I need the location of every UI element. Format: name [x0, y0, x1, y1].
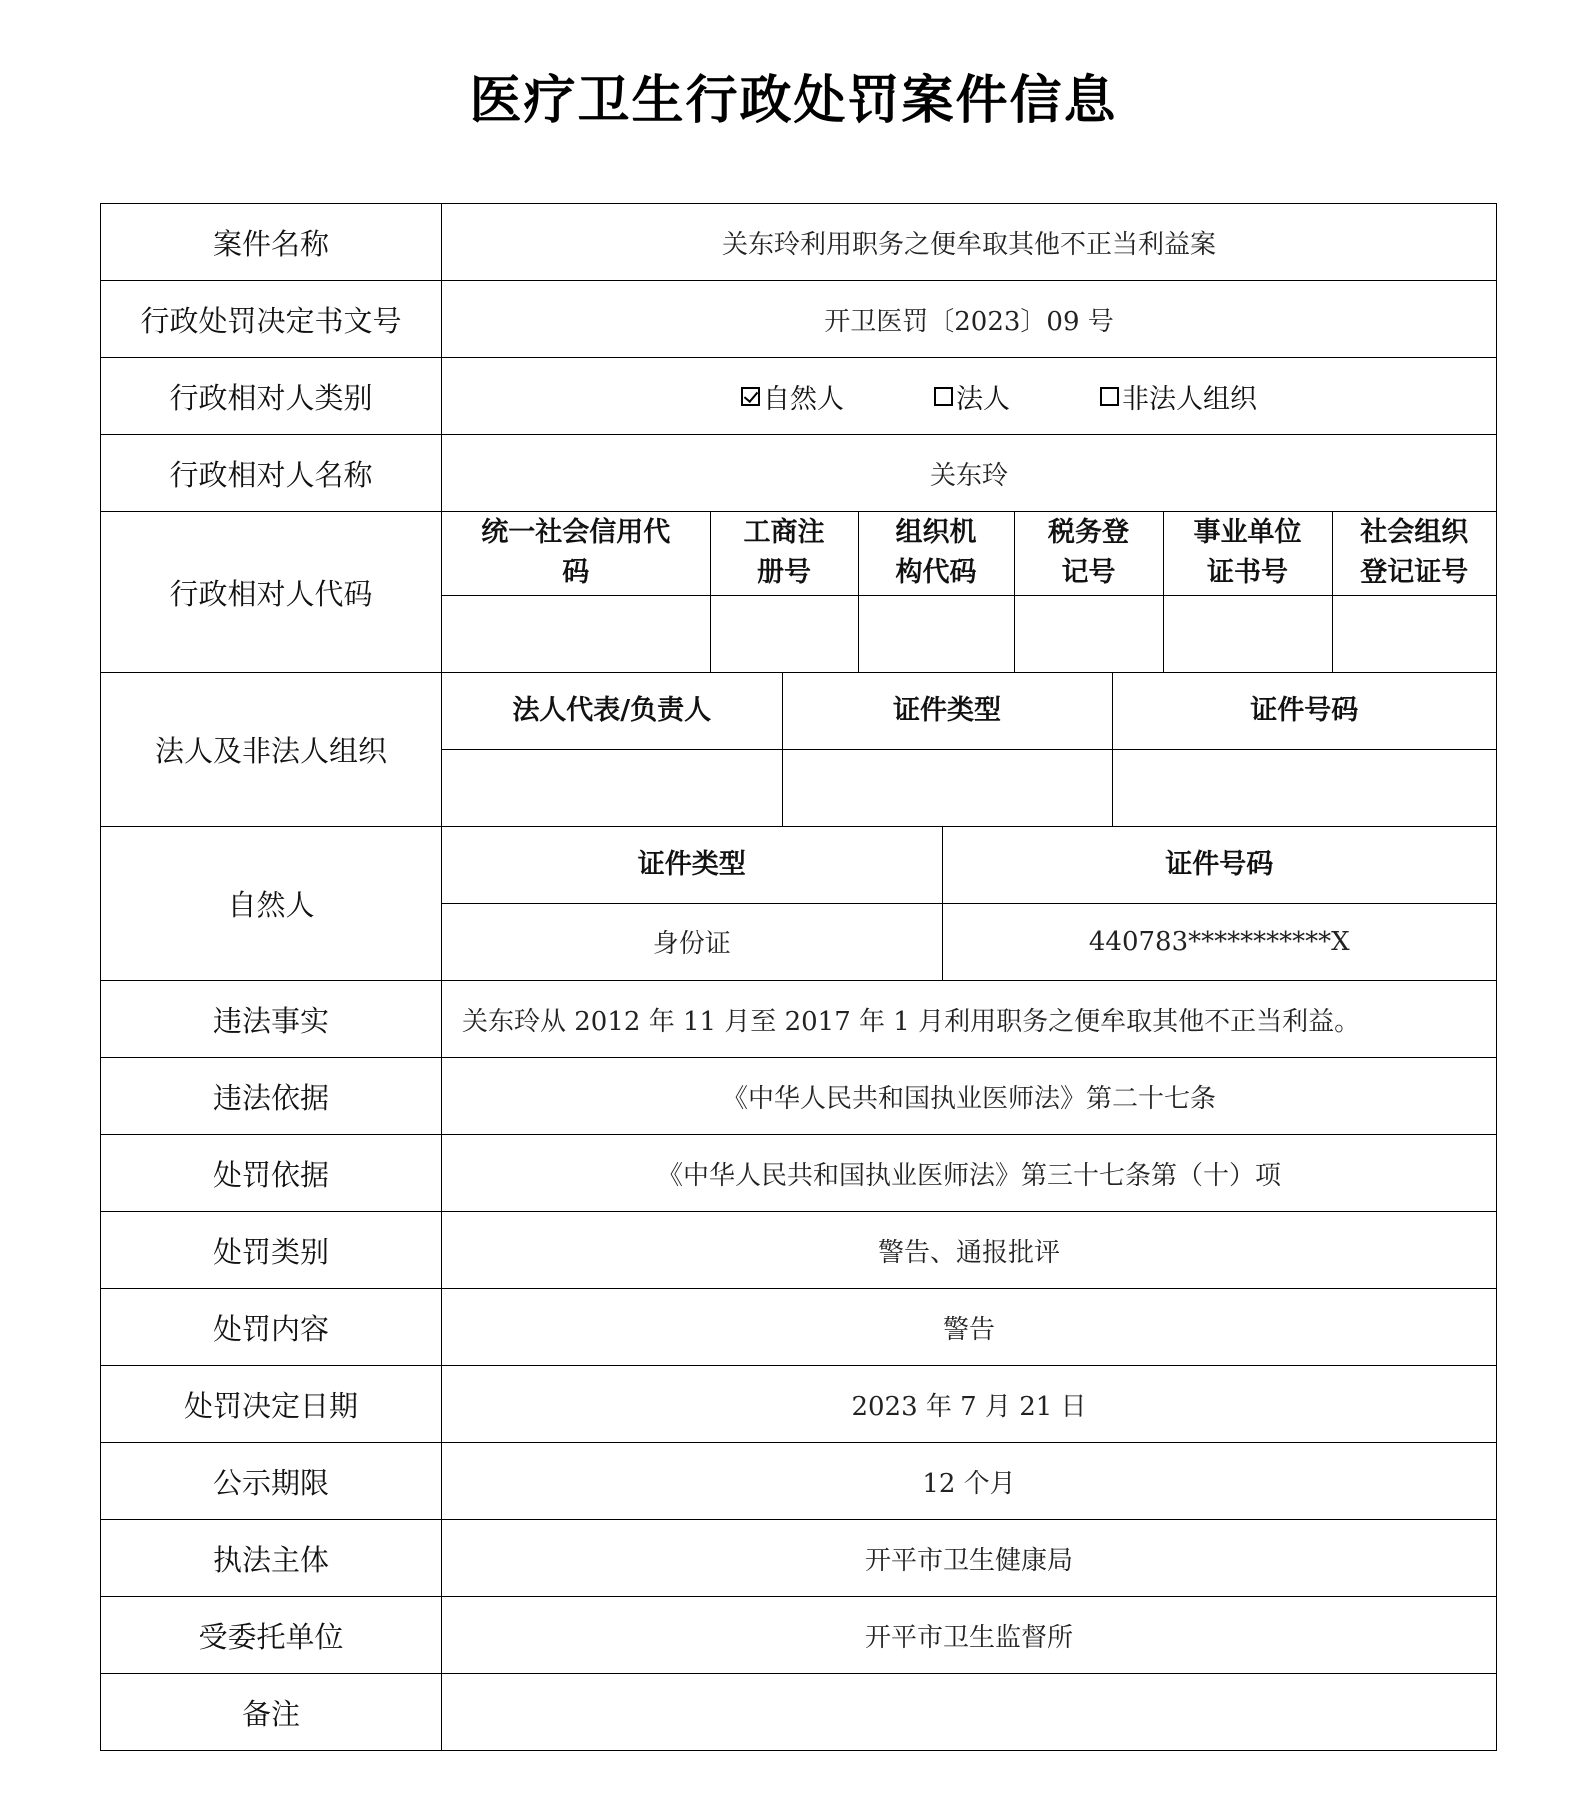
party-code-subtable-cell: 统一社会信用代码 工商注册号 组织机构代码 税务登记号 事业单位证书号 社会组织… — [442, 512, 1497, 673]
value-id-number — [1112, 749, 1496, 826]
page-title: 医疗卫生行政处罚案件信息 — [0, 58, 1587, 133]
legal-entity-subtable: 法人代表/负责人 证件类型 证件号码 — [442, 673, 1496, 826]
value-entrusted-unit: 开平市卫生监督所 — [442, 1597, 1497, 1674]
value-decision-date: 2023 年 7 月 21 日 — [442, 1366, 1497, 1443]
label-party-code: 行政相对人代码 — [101, 512, 442, 673]
value-violation-facts: 关东玲从 2012 年 11 月至 2017 年 1 月利用职务之便牟取其他不正… — [442, 981, 1497, 1058]
row-penalty-basis: 处罚依据 《中华人民共和国执业医师法》第三十七条第（十）项 — [101, 1135, 1497, 1212]
label-penalty-category: 处罚类别 — [101, 1212, 442, 1289]
label-party-category: 行政相对人类别 — [101, 358, 442, 435]
party-code-value-row — [442, 595, 1496, 672]
natural-person-subtable: 证件类型 证件号码 身份证 440783***********X — [442, 827, 1496, 980]
value-remarks — [442, 1674, 1497, 1751]
header-business-reg-no: 工商注册号 — [710, 512, 858, 595]
value-case-name: 关东玲利用职务之便牟取其他不正当利益案 — [442, 204, 1497, 281]
checkbox-unchecked-icon[interactable] — [934, 387, 953, 406]
legal-entity-value-row — [442, 749, 1496, 826]
row-decision-date: 处罚决定日期 2023 年 7 月 21 日 — [101, 1366, 1497, 1443]
row-party-category: 行政相对人类别 自然人 法人 非法人组织 — [101, 358, 1497, 435]
label-penalty-content: 处罚内容 — [101, 1289, 442, 1366]
label-natural-person: 自然人 — [101, 827, 442, 981]
case-info-table: 案件名称 关东玲利用职务之便牟取其他不正当利益案 行政处罚决定书文号 开卫医罚〔… — [100, 203, 1497, 1751]
row-violation-basis: 违法依据 《中华人民共和国执业医师法》第二十七条 — [101, 1058, 1497, 1135]
row-penalty-content: 处罚内容 警告 — [101, 1289, 1497, 1366]
value-unified-credit-code — [442, 595, 710, 672]
checkbox-unchecked-icon[interactable] — [1100, 387, 1119, 406]
value-id-type: 身份证 — [442, 903, 942, 980]
header-institution-cert-no: 事业单位证书号 — [1163, 512, 1332, 595]
header-social-org-reg-no: 社会组织登记证号 — [1332, 512, 1496, 595]
value-id-type — [782, 749, 1112, 826]
value-institution-cert-no — [1163, 595, 1332, 672]
party-code-header-row: 统一社会信用代码 工商注册号 组织机构代码 税务登记号 事业单位证书号 社会组织… — [442, 512, 1496, 595]
row-legal-entity: 法人及非法人组织 法人代表/负责人 证件类型 证件号码 — [101, 673, 1497, 827]
label-case-name: 案件名称 — [101, 204, 442, 281]
label-remarks: 备注 — [101, 1674, 442, 1751]
value-id-number: 440783***********X — [942, 903, 1496, 980]
row-party-code: 行政相对人代码 统一社会信用代码 工商注册号 组织机构代码 税务登记号 事业单位… — [101, 512, 1497, 673]
header-legal-representative: 法人代表/负责人 — [442, 673, 782, 749]
value-publicity-period: 12 个月 — [442, 1443, 1497, 1520]
row-decision-no: 行政处罚决定书文号 开卫医罚〔2023〕09 号 — [101, 281, 1497, 358]
checkbox-checked-icon[interactable] — [741, 387, 760, 406]
value-decision-no: 开卫医罚〔2023〕09 号 — [442, 281, 1497, 358]
legal-entity-header-row: 法人代表/负责人 证件类型 证件号码 — [442, 673, 1496, 749]
option-legal-person[interactable]: 法人 — [934, 377, 1010, 416]
option-unincorporated-org[interactable]: 非法人组织 — [1100, 377, 1257, 416]
row-penalty-category: 处罚类别 警告、通报批评 — [101, 1212, 1497, 1289]
row-publicity-period: 公示期限 12 个月 — [101, 1443, 1497, 1520]
header-unified-credit-code: 统一社会信用代码 — [442, 512, 710, 595]
legal-entity-subtable-cell: 法人代表/负责人 证件类型 证件号码 — [442, 673, 1497, 827]
header-tax-reg-no: 税务登记号 — [1014, 512, 1163, 595]
row-enforcement-body: 执法主体 开平市卫生健康局 — [101, 1520, 1497, 1597]
label-entrusted-unit: 受委托单位 — [101, 1597, 442, 1674]
option-label: 法人 — [956, 377, 1010, 416]
row-remarks: 备注 — [101, 1674, 1497, 1751]
header-id-type: 证件类型 — [442, 827, 942, 903]
party-code-subtable: 统一社会信用代码 工商注册号 组织机构代码 税务登记号 事业单位证书号 社会组织… — [442, 512, 1496, 672]
label-decision-no: 行政处罚决定书文号 — [101, 281, 442, 358]
label-publicity-period: 公示期限 — [101, 1443, 442, 1520]
value-org-code — [858, 595, 1014, 672]
label-enforcement-body: 执法主体 — [101, 1520, 442, 1597]
header-id-type: 证件类型 — [782, 673, 1112, 749]
row-natural-person: 自然人 证件类型 证件号码 身份证 440783***********X — [101, 827, 1497, 981]
header-id-number: 证件号码 — [1112, 673, 1496, 749]
value-penalty-content: 警告 — [442, 1289, 1497, 1366]
label-violation-basis: 违法依据 — [101, 1058, 442, 1135]
option-natural-person[interactable]: 自然人 — [741, 377, 844, 416]
label-legal-entity: 法人及非法人组织 — [101, 673, 442, 827]
row-party-name: 行政相对人名称 关东玲 — [101, 435, 1497, 512]
natural-person-header-row: 证件类型 证件号码 — [442, 827, 1496, 903]
natural-person-value-row: 身份证 440783***********X — [442, 903, 1496, 980]
label-decision-date: 处罚决定日期 — [101, 1366, 442, 1443]
natural-person-subtable-cell: 证件类型 证件号码 身份证 440783***********X — [442, 827, 1497, 981]
value-social-org-reg-no — [1332, 595, 1496, 672]
value-penalty-category: 警告、通报批评 — [442, 1212, 1497, 1289]
header-org-code: 组织机构代码 — [858, 512, 1014, 595]
label-violation-facts: 违法事实 — [101, 981, 442, 1058]
label-party-name: 行政相对人名称 — [101, 435, 442, 512]
option-label: 自然人 — [763, 377, 844, 416]
row-case-name: 案件名称 关东玲利用职务之便牟取其他不正当利益案 — [101, 204, 1497, 281]
value-party-category: 自然人 法人 非法人组织 — [442, 358, 1497, 435]
value-enforcement-body: 开平市卫生健康局 — [442, 1520, 1497, 1597]
value-penalty-basis: 《中华人民共和国执业医师法》第三十七条第（十）项 — [442, 1135, 1497, 1212]
value-legal-representative — [442, 749, 782, 826]
party-category-options: 自然人 法人 非法人组织 — [442, 377, 1496, 416]
value-violation-basis: 《中华人民共和国执业医师法》第二十七条 — [442, 1058, 1497, 1135]
value-party-name: 关东玲 — [442, 435, 1497, 512]
value-tax-reg-no — [1014, 595, 1163, 672]
option-label: 非法人组织 — [1122, 377, 1257, 416]
row-entrusted-unit: 受委托单位 开平市卫生监督所 — [101, 1597, 1497, 1674]
label-penalty-basis: 处罚依据 — [101, 1135, 442, 1212]
value-business-reg-no — [710, 595, 858, 672]
header-id-number: 证件号码 — [942, 827, 1496, 903]
row-violation-facts: 违法事实 关东玲从 2012 年 11 月至 2017 年 1 月利用职务之便牟… — [101, 981, 1497, 1058]
